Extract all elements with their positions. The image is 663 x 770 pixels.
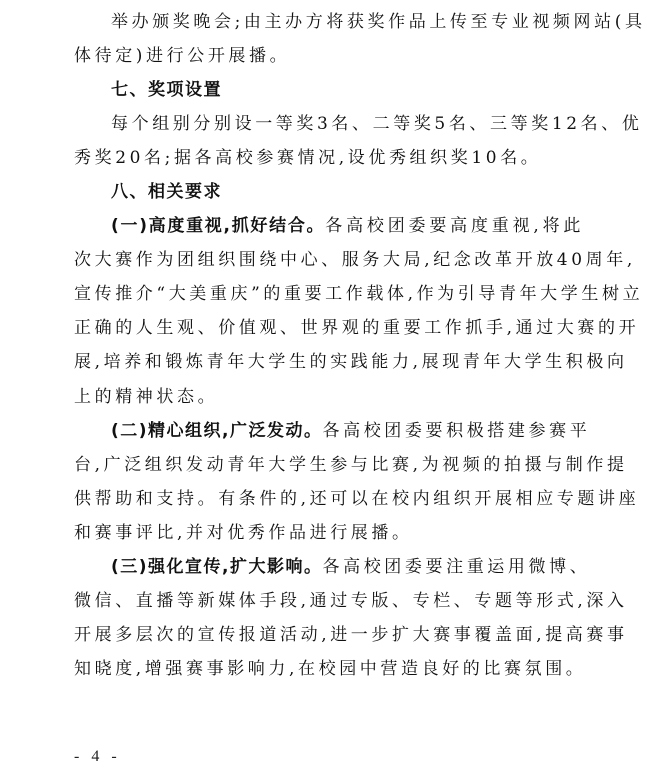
section-heading-awards: 七、奖项设置 bbox=[74, 73, 584, 107]
section-heading-requirements: 八、相关要求 bbox=[74, 175, 584, 209]
item-text: 各高校团委要积极搭建参赛平 bbox=[323, 421, 591, 441]
paragraph-line: 秀奖20名;据各高校参赛情况,设优秀组织奖10名。 bbox=[74, 141, 584, 175]
paragraph-line: 宣传推介“大美重庆”的重要工作载体,作为引导青年大学生树立 bbox=[74, 277, 584, 311]
item-lead: (三)强化宣传,扩大影响。 bbox=[111, 557, 323, 577]
item-text: 各高校团委要注重运用微博、 bbox=[323, 557, 591, 577]
paragraph-line: 展,培养和锻炼青年大学生的实践能力,展现青年大学生积极向 bbox=[74, 345, 584, 379]
paragraph-line: 供帮助和支持。有条件的,还可以在校内组织开展相应专题讲座 bbox=[74, 482, 584, 516]
paragraph-line: 上的精神状态。 bbox=[74, 380, 584, 414]
item-first-line: (二)精心组织,广泛发动。各高校团委要积极搭建参赛平 bbox=[74, 414, 584, 448]
item-lead: (一)高度重视,抓好结合。 bbox=[111, 216, 325, 236]
page-number: - 4 - bbox=[74, 748, 121, 766]
paragraph-line: 知晓度,增强赛事影响力,在校园中营造良好的比赛氛围。 bbox=[74, 652, 584, 686]
paragraph-line: 体待定)进行公开展播。 bbox=[74, 39, 584, 73]
paragraph-line: 开展多层次的宣传报道活动,进一步扩大赛事覆盖面,提高赛事 bbox=[74, 618, 584, 652]
paragraph-line: 微信、直播等新媒体手段,通过专版、专栏、专题等形式,深入 bbox=[74, 584, 584, 618]
paragraph-line: 台,广泛组织发动青年大学生参与比赛,为视频的拍摄与制作提 bbox=[74, 448, 584, 482]
paragraph-line: 次大赛作为团组织围绕中心、服务大局,纪念改革开放40周年, bbox=[74, 243, 584, 277]
paragraph-line: 举办颁奖晚会;由主办方将获奖作品上传至专业视频网站(具 bbox=[74, 5, 584, 39]
paragraph-line: 每个组别分别设一等奖3名、二等奖5名、三等奖12名、优 bbox=[74, 107, 584, 141]
item-lead: (二)精心组织,广泛发动。 bbox=[111, 421, 323, 441]
item-first-line: (一)高度重视,抓好结合。各高校团委要高度重视,将此 bbox=[74, 209, 584, 243]
paragraph-line: 和赛事评比,并对优秀作品进行展播。 bbox=[74, 516, 584, 550]
item-text: 各高校团委要高度重视,将此 bbox=[325, 216, 584, 236]
item-first-line: (三)强化宣传,扩大影响。各高校团委要注重运用微博、 bbox=[74, 550, 584, 584]
paragraph-line: 正确的人生观、价值观、世界观的重要工作抓手,通过大赛的开 bbox=[74, 311, 584, 345]
document-page: 举办颁奖晚会;由主办方将获奖作品上传至专业视频网站(具 体待定)进行公开展播。 … bbox=[0, 0, 663, 770]
document-body: 举办颁奖晚会;由主办方将获奖作品上传至专业视频网站(具 体待定)进行公开展播。 … bbox=[74, 5, 584, 686]
